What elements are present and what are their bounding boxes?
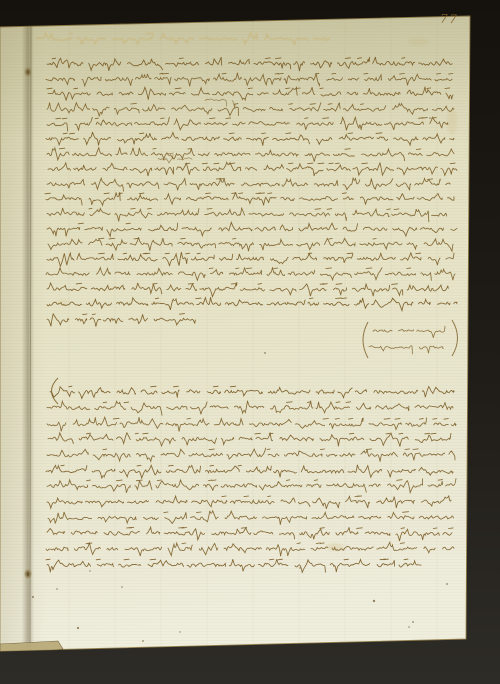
- paper-speck: [179, 631, 180, 632]
- sewing-thread-knot-core: [27, 572, 30, 576]
- paper-speck: [373, 600, 375, 602]
- paper-speck: [121, 586, 123, 588]
- gutter-crease: [22, 20, 34, 655]
- paper-speck: [77, 627, 79, 629]
- paper-stain: [447, 109, 457, 135]
- paper-stain: [57, 299, 69, 305]
- paper-stain: [408, 38, 428, 46]
- paper-speck: [264, 352, 266, 354]
- manuscript-rendering: [0, 0, 500, 684]
- paper-speck: [412, 621, 414, 623]
- paper-speck: [408, 626, 410, 628]
- sewing-thread-knot-core: [27, 70, 30, 74]
- paper-speck: [89, 570, 90, 571]
- paper-speck: [142, 640, 144, 642]
- paper-speck: [446, 583, 448, 585]
- manuscript-photo: 77: [0, 0, 500, 684]
- paper-speck: [56, 588, 58, 590]
- paper-speck: [429, 117, 431, 119]
- paper-speck: [299, 567, 301, 569]
- paper-speck: [32, 596, 34, 598]
- folio-number: 77: [440, 12, 459, 27]
- page-surface: [0, 10, 480, 660]
